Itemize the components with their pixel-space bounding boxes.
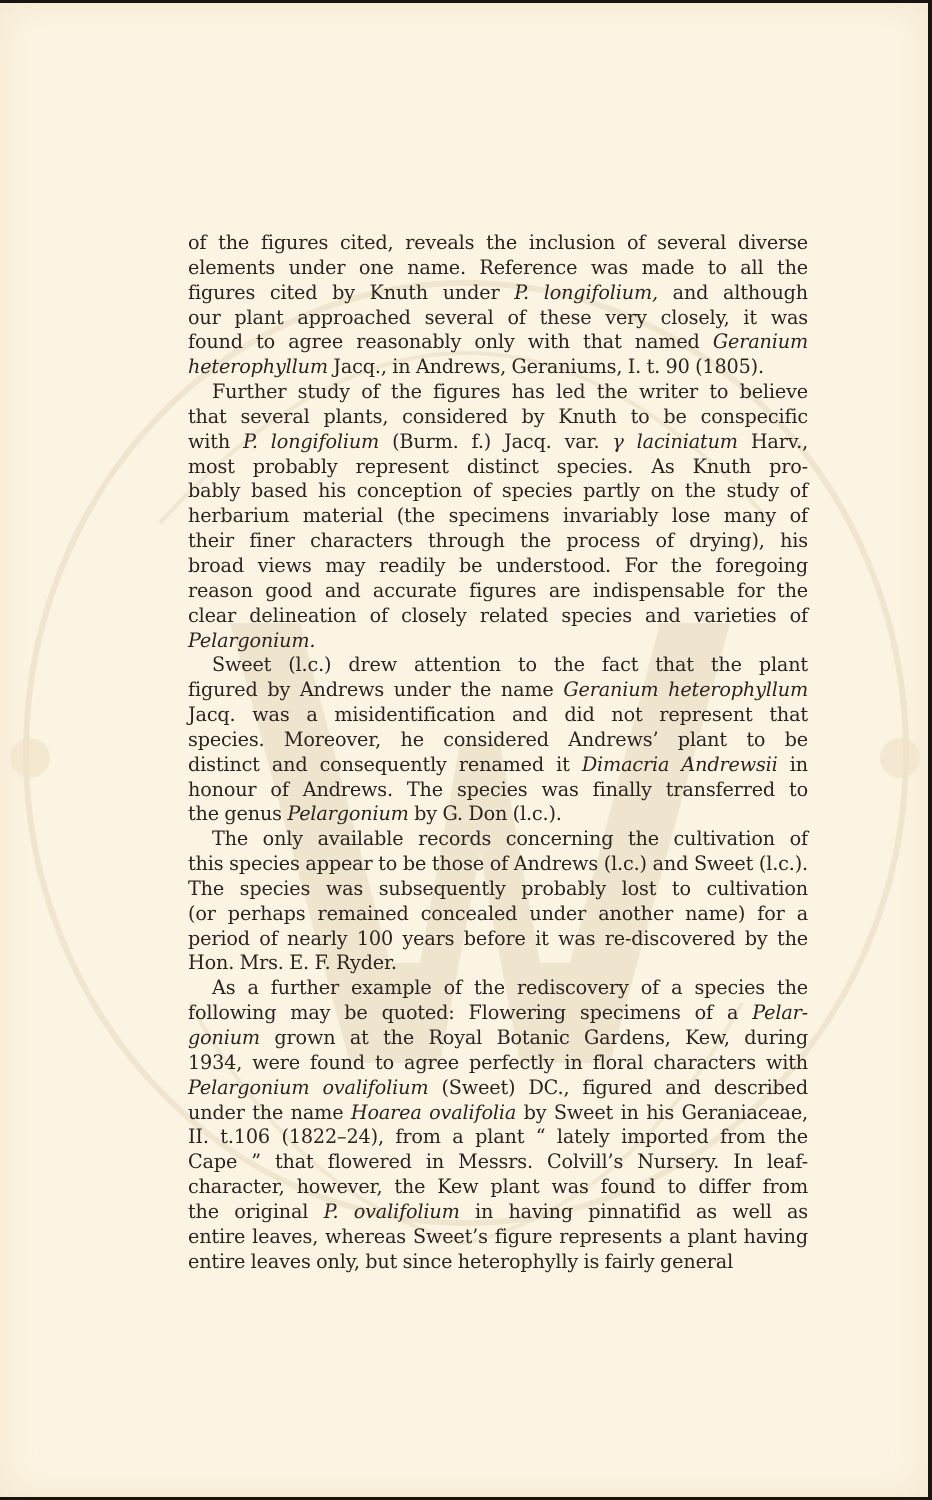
text-span: this species appear to be those of Andre… [188,852,808,875]
text-line: their finer characters through the proce… [188,529,808,554]
text-span: in having pinnatifid as well as [460,1200,808,1223]
paragraph: The only available records concerning th… [188,827,808,976]
text-line: of the figures cited, reveals the inclus… [188,231,808,256]
text-span: figured by Andrews under the name [188,678,563,701]
italic-text: P. longifolium [243,430,379,453]
text-span: broad views may readily be understood. F… [188,554,808,577]
italic-text: Pelar- [752,1001,808,1024]
text-line: reason good and accurate figures are ind… [188,579,808,604]
text-line: the original P. ovalifolium in having pi… [188,1200,808,1225]
text-span: in [778,753,808,776]
text-span: elements under one name. Reference was m… [188,256,808,279]
text-line: The only available records concerning th… [188,827,808,852]
text-span: their finer characters through the proce… [188,529,808,552]
italic-text: P. ovalifolium [324,1200,460,1223]
text-line: Hon. Mrs. E. F. Ryder. [188,951,808,976]
text-span: The species was subsequently probably lo… [188,877,808,900]
text-span: figures cited by Knuth under [188,281,514,304]
text-span: following may be quoted: Flowering speci… [188,1001,752,1024]
text-line: this species appear to be those of Andre… [188,852,808,877]
text-span: (Sweet) DC., figured and described [428,1076,808,1099]
italic-text: Geranium [713,330,808,353]
text-span: our plant approached several of these ve… [188,306,808,329]
text-line: that several plants, considered by Knuth… [188,405,808,430]
italic-text: Pelargonium [287,802,408,825]
paragraph: Further study of the figures has led the… [188,380,808,653]
text-line: following may be quoted: Flowering speci… [188,1001,808,1026]
text-line: As a further example of the rediscovery … [188,976,808,1001]
text-span: distinct and consequently renamed it [188,753,582,776]
text-span: of the figures cited, reveals the inclus… [188,231,808,254]
text-span: Jacq. was a misidentification and did no… [188,703,808,726]
text-span: Sweet (l.c.) drew attention to the fact … [212,653,808,676]
text-line: under the name Hoarea ovalifolia by Swee… [188,1101,808,1126]
text-line: found to agree reasonably only with that… [188,330,808,355]
text-line: II. t.106 (1822–24), from a plant “ late… [188,1125,808,1150]
text-line: Cape ” that flowered in Messrs. Colvill’… [188,1150,808,1175]
italic-text: gonium [188,1026,260,1049]
text-span: that several plants, considered by Knuth… [188,405,808,428]
text-span: herbarium material (the specimens invari… [188,504,808,527]
text-line: Further study of the figures has led the… [188,380,808,405]
text-span: Further study of the figures has led the… [212,380,808,403]
document-page: of the figures cited, reveals the inclus… [0,3,928,1497]
text-line: The species was subsequently probably lo… [188,877,808,902]
italic-text: P. longifolium, [514,281,658,304]
text-span: found to agree reasonably only with that… [188,330,713,353]
text-span: species. Moreover, he considered Andrews… [188,728,808,751]
text-line: distinct and consequently renamed it Dim… [188,753,808,778]
text-line: our plant approached several of these ve… [188,306,808,331]
text-line: Sweet (l.c.) drew attention to the fact … [188,653,808,678]
text-span: (or perhaps remained concealed under ano… [188,902,808,925]
text-span: II. t.106 (1822–24), from a plant “ late… [188,1125,808,1148]
text-line: most probably represent distinct species… [188,455,808,480]
text-span: Harv., [738,430,808,453]
text-span: (Burm. f.) Jacq. var. [379,430,612,453]
text-line: Pelargonium. [188,629,808,654]
text-line: Jacq. was a misidentification and did no… [188,703,808,728]
text-line: figures cited by Knuth under P. longifol… [188,281,808,306]
text-line: gonium grown at the Royal Botanic Garden… [188,1026,808,1051]
body-text: of the figures cited, reveals the inclus… [188,231,808,1274]
text-line: bably based his conception of species pa… [188,479,808,504]
text-span: reason good and accurate figures are ind… [188,579,808,602]
text-line: clear delineation of closely related spe… [188,604,808,629]
italic-text: heterophyllum [188,355,328,378]
text-span: by Sweet in his Geraniaceae, [516,1101,808,1124]
text-line: herbarium material (the specimens invari… [188,504,808,529]
text-span: entire leaves, whereas Sweet’s figure re… [188,1225,808,1248]
paragraph: As a further example of the rediscovery … [188,976,808,1274]
text-line: (or perhaps remained concealed under ano… [188,902,808,927]
text-span: The only available records concerning th… [212,827,808,850]
text-line: entire leaves only, but since heterophyl… [188,1250,808,1275]
text-span: most probably represent distinct species… [188,455,808,478]
text-span: Jacq., in Andrews, Geraniums, I. t. 90 (… [328,355,764,378]
text-span: 1934, were found to agree perfectly in f… [188,1051,808,1074]
text-span: honour of Andrews. The species was final… [188,778,808,801]
text-span: the original [188,1200,324,1223]
text-line: Pelargonium ovalifolium (Sweet) DC., fig… [188,1076,808,1101]
italic-text: Dimacria Andrewsii [582,753,778,776]
text-span: As a further example of the rediscovery … [212,976,808,999]
text-span: bably based his conception of species pa… [188,479,808,502]
text-span: under the name [188,1101,351,1124]
paragraph: Sweet (l.c.) drew attention to the fact … [188,653,808,827]
paragraph: of the figures cited, reveals the inclus… [188,231,808,380]
text-span: entire leaves only, but since heterophyl… [188,1250,733,1273]
text-span: period of nearly 100 years before it was… [188,927,808,950]
text-line: the genus Pelargonium by G. Don (l.c.). [188,802,808,827]
text-span: and although [658,281,808,304]
text-span: with [188,430,243,453]
italic-text: Pelargonium. [188,629,315,652]
italic-text: γ laciniatum [612,430,737,453]
text-line: 1934, were found to agree perfectly in f… [188,1051,808,1076]
text-line: character, however, the Kew plant was fo… [188,1175,808,1200]
text-line: heterophyllum Jacq., in Andrews, Geraniu… [188,355,808,380]
text-span: Hon. Mrs. E. F. Ryder. [188,951,397,974]
text-line: figured by Andrews under the name Gerani… [188,678,808,703]
italic-text: Geranium heterophyllum [563,678,808,701]
text-line: period of nearly 100 years before it was… [188,927,808,952]
text-line: species. Moreover, he considered Andrews… [188,728,808,753]
text-span: grown at the Royal Botanic Gardens, Kew,… [260,1026,808,1049]
text-line: with P. longifolium (Burm. f.) Jacq. var… [188,430,808,455]
text-line: entire leaves, whereas Sweet’s figure re… [188,1225,808,1250]
text-span: by G. Don (l.c.). [409,802,562,825]
text-line: broad views may readily be understood. F… [188,554,808,579]
text-span: the genus [188,802,287,825]
text-line: honour of Andrews. The species was final… [188,778,808,803]
text-span: Cape ” that flowered in Messrs. Colvill’… [188,1150,808,1173]
text-span: clear delineation of closely related spe… [188,604,808,627]
text-span: character, however, the Kew plant was fo… [188,1175,808,1198]
text-line: elements under one name. Reference was m… [188,256,808,281]
italic-text: Pelargonium ovalifolium [188,1076,428,1099]
italic-text: Hoarea ovalifolia [351,1101,516,1124]
